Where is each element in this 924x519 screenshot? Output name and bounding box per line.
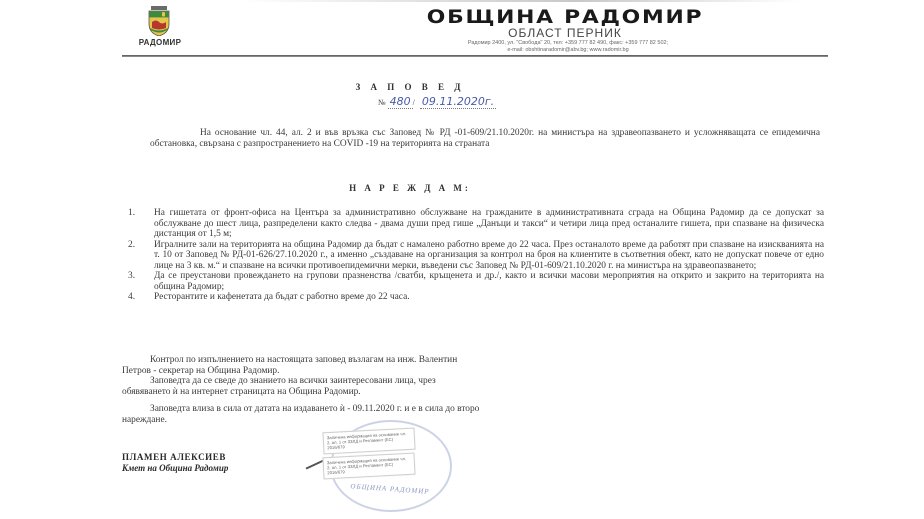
number-separator: / — [413, 98, 415, 107]
order-item: 2. Игралните зали на територията на общи… — [124, 240, 824, 272]
order-list: 1. На гишетата от фронт-офиса на Центъра… — [124, 208, 824, 303]
inform-paragraph: Заповедта да се сведе до знанието на вси… — [150, 376, 820, 387]
order-item-text: На гишетата от фронт-офиса на Центъра за… — [154, 208, 824, 239]
number-prefix: № — [378, 98, 386, 107]
effect-paragraph-cont: нареждане. — [122, 415, 812, 426]
order-item-number: 2. — [128, 240, 135, 251]
order-item-text: Игралните зали на територията на община … — [154, 240, 824, 271]
order-item: 1. На гишетата от фронт-офиса на Центъра… — [124, 208, 824, 240]
handwritten-date: 09.11.2020г. — [420, 95, 496, 109]
document-page: РАДОМИР ОБЩИНА РАДОМИР ОБЛАСТ ПЕРНИК Рад… — [0, 0, 924, 519]
order-item-text: Ресторантите и кафенетата да бъдат с раб… — [154, 292, 410, 302]
control-paragraph-cont: Петров - секретар на Община Радомир. — [122, 366, 812, 377]
legal-basis-paragraph: На основание чл. 44, ал. 2 и във връзка … — [150, 128, 820, 149]
handwritten-number: 480 — [388, 95, 413, 109]
order-item-text: Да се преустанови провеждането на групов… — [154, 271, 824, 292]
document-title: З А П О В Е Д — [340, 82, 480, 92]
effect-paragraph: Заповедта влиза в сила от датата на изда… — [150, 404, 820, 415]
order-item: 3. Да се преустанови провеждането на гру… — [124, 271, 824, 292]
address-line: Радомир 2400, ул. "Свобода" 20, тел: +35… — [318, 40, 818, 47]
order-item-number: 4. — [128, 292, 135, 303]
order-item-number: 1. — [128, 208, 135, 219]
control-paragraph: Контрол по изпълнението на настоящата за… — [150, 355, 820, 366]
coat-of-arms-icon — [147, 6, 171, 36]
scan-edge — [240, 0, 800, 2]
document-number: № 480/ 09.11.2020г. — [378, 95, 496, 108]
region-subtitle: ОБЛАСТ ПЕРНИК — [360, 26, 770, 40]
header-divider — [122, 55, 828, 57]
inform-paragraph-cont: обявяването ѝ на интернет страницата на … — [122, 387, 812, 398]
signer-name: ПЛАМЕН АЛЕКСИЕВ — [122, 452, 226, 462]
contact-address: Радомир 2400, ул. "Свобода" 20, тел: +35… — [318, 40, 818, 54]
order-heading: Н А Р Е Ж Д А М: — [340, 183, 480, 193]
order-item-number: 3. — [128, 271, 135, 282]
order-item: 4. Ресторантите и кафенетата да бъдат с … — [124, 292, 824, 303]
municipality-title: ОБЩИНА РАДОМИР — [329, 6, 801, 28]
email-web-line: e-mail: obshtinaradomir@abv.bg; www.rado… — [318, 47, 818, 54]
logo-caption: РАДОМИР — [130, 38, 190, 47]
signer-role: Кмет на Община Радомир — [122, 463, 228, 473]
